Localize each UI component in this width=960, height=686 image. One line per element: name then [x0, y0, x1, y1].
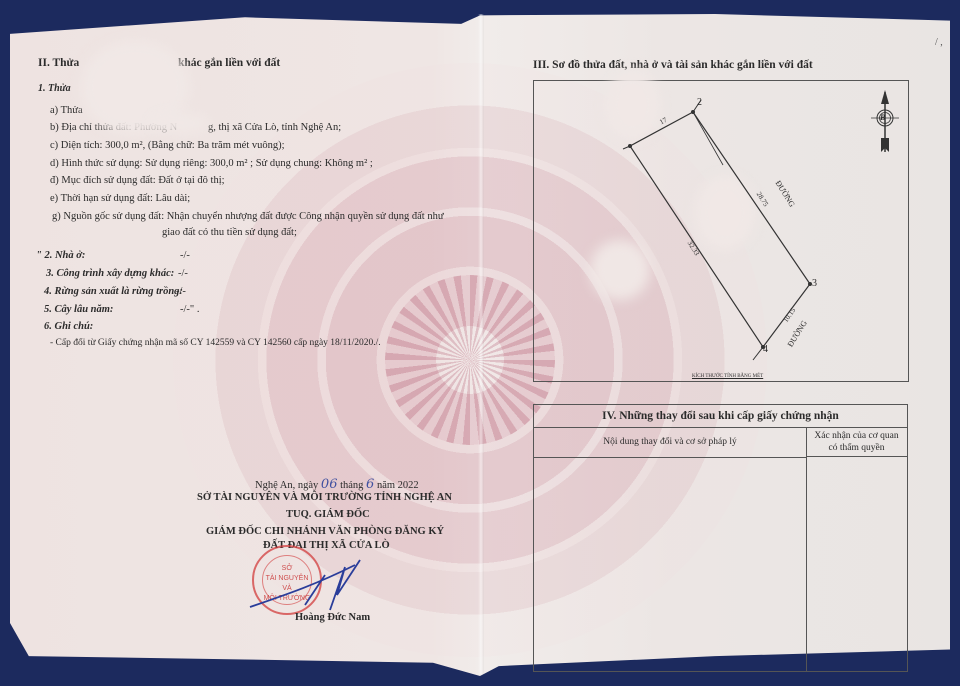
item-g-origin-cont: giao đất có thu tiền sử dụng đất;: [162, 228, 297, 239]
item-b-suffix: g, thị xã Cửa Lò, tỉnh Nghệ An;: [208, 123, 341, 134]
col-header-content: Nội dung thay đổi và cơ sở pháp lý: [534, 427, 807, 458]
item-c-area: c) Diện tích: 300,0 m², (Bằng chữ: Ba tr…: [50, 141, 285, 152]
item-d-usage-form: d) Hình thức sử dụng: Sử dụng riêng: 300…: [50, 159, 373, 170]
other-label-forest: 4. Rừng sản xuất là rừng trồng:: [44, 287, 183, 298]
section2-heading-end: khác gắn liền với đất: [178, 58, 280, 70]
point-4-label: 4: [763, 345, 768, 355]
other-label-construction: 3. Công trình xây dựng khác:: [46, 269, 174, 280]
item-d-purpose: đ) Mục đích sử dụng đất: Đất ở tại đô th…: [50, 176, 225, 187]
point-2-label: 2: [697, 98, 702, 108]
page-edge-mark: / ,: [935, 38, 943, 48]
watermark-star-center: [385, 275, 555, 445]
agency-name: SỞ TÀI NGUYÊN VÀ MÔI TRƯỜNG TỈNH NGHỆ AN: [197, 493, 452, 504]
signature-date: Nghệ An, ngày 06 tháng 6 năm 2022: [255, 478, 419, 492]
note-text: - Cấp đổi từ Giấy chứng nhận mã số CY 14…: [50, 339, 381, 349]
changes-table: IV. Những thay đổi sau khi cấp giấy chứn…: [533, 404, 908, 672]
item-e-term: e) Thời hạn sử dụng đất: Lâu dài;: [50, 194, 190, 205]
notes-label: 6. Ghi chú:: [44, 322, 93, 333]
date-month: 6: [366, 477, 374, 492]
section2-subheading: 1. Thửa: [38, 84, 71, 94]
plot-sketch: [533, 80, 907, 380]
other-value-trees: -/-" .: [180, 305, 199, 316]
section2-heading-start: II. Thửa: [38, 58, 79, 70]
point-3-label: 3: [812, 279, 817, 289]
handwritten-signature: [245, 555, 365, 615]
tuq-title: TUQ. GIÁM ĐỐC: [286, 510, 370, 521]
other-label-trees: 5. Cây lâu năm:: [44, 305, 113, 316]
column-divider: [806, 457, 807, 671]
redaction-blur: [150, 112, 210, 134]
signer-name: Hoàng Đức Nam: [295, 613, 370, 624]
col2-line1: Xác nhận của cơ quan: [806, 430, 907, 442]
page-fold: [478, 14, 484, 674]
section4-heading: IV. Những thay đổi sau khi cấp giấy chứn…: [534, 405, 907, 428]
scale-note: KÍCH THƯỚC TÍNH BẰNG MÉT: [692, 374, 763, 379]
date-prefix: Nghệ An, ngày: [255, 480, 318, 491]
month-label: tháng: [340, 480, 363, 491]
item-g-origin: g) Nguồn gốc sử dụng đất: Nhận chuyển nh…: [52, 212, 444, 223]
date-day: 06: [321, 477, 338, 492]
item-a: a) Thửa: [50, 106, 83, 117]
col-header-confirmation: Xác nhận của cơ quan có thẩm quyền: [806, 427, 907, 457]
date-year: năm 2022: [377, 480, 419, 491]
other-label-house: " 2. Nhà ở:: [36, 251, 85, 262]
other-value-house: -/-: [180, 251, 190, 262]
section3-heading: III. Sơ đồ thửa đất, nhà ở và tài sản kh…: [533, 60, 813, 72]
compass-letter: B: [880, 114, 885, 122]
other-value-construction: -/-: [178, 269, 188, 280]
col2-line2: có thẩm quyền: [806, 442, 907, 454]
director-title-line1: GIÁM ĐỐC CHI NHÁNH VĂN PHÒNG ĐĂNG KÝ: [206, 527, 444, 538]
other-value-forest: -/-: [176, 287, 186, 298]
